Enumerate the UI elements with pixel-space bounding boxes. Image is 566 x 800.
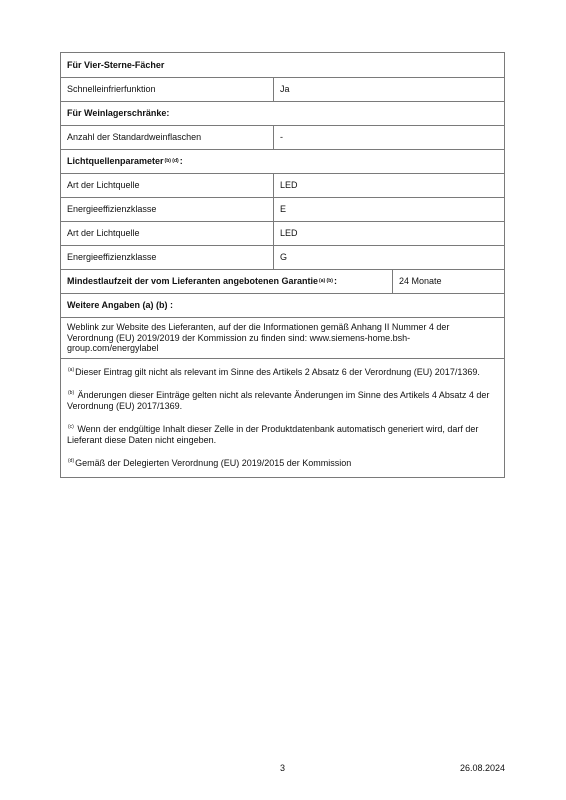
- product-data-table: Für Vier-Sterne-Fächer Schnelleinfrierfu…: [60, 52, 505, 478]
- footnote-text: Dieser Eintrag gilt nicht als relevant i…: [75, 367, 480, 377]
- warranty-label: Mindestlaufzeit der vom Lieferanten ange…: [67, 276, 318, 287]
- energy-class-value: G: [274, 246, 504, 269]
- warranty-suffix: :: [334, 276, 337, 287]
- light-header-row: Lichtquellenparameter (b) (d) :: [61, 149, 504, 173]
- footnote-mark: (c): [68, 424, 74, 430]
- table-row: Schnelleinfrierfunktion Ja: [61, 77, 504, 101]
- footnotes-row: (a)Dieser Eintrag gilt nicht als relevan…: [61, 358, 504, 477]
- footnote: (b) Änderungen dieser Einträge gelten ni…: [67, 388, 498, 411]
- warranty-row: Mindestlaufzeit der vom Lieferanten ange…: [61, 269, 504, 293]
- light-type-value: LED: [274, 222, 504, 245]
- footnote: (d)Gemäß der Delegierten Verordnung (EU)…: [67, 456, 498, 469]
- light-header: Lichtquellenparameter (b) (d) :: [61, 150, 504, 173]
- energy-class-label: Energieeffizienzklasse: [61, 198, 274, 221]
- wine-bottles-label: Anzahl der Standardweinflaschen: [61, 126, 274, 149]
- wine-bottles-value: -: [274, 126, 504, 149]
- light-type-label: Art der Lichtquelle: [61, 222, 274, 245]
- footnote-text: Wenn der endgültige Inhalt dieser Zelle …: [67, 424, 478, 445]
- light-header-suffix: :: [180, 156, 183, 167]
- light-type-value: LED: [274, 174, 504, 197]
- light-header-refs: (b) (d): [165, 156, 179, 167]
- footnote-mark: (a): [68, 367, 74, 373]
- further-header: Weitere Angaben (a) (b) :: [61, 294, 504, 317]
- energy-class-value: E: [274, 198, 504, 221]
- fast-freeze-value: Ja: [274, 78, 504, 101]
- wine-header: Für Weinlagerschränke:: [61, 102, 504, 125]
- footnote-text: Gemäß der Delegierten Verordnung (EU) 20…: [75, 458, 351, 468]
- footnote: (c) Wenn der endgültige Inhalt dieser Ze…: [67, 422, 498, 445]
- further-header-row: Weitere Angaben (a) (b) :: [61, 293, 504, 317]
- weblink-text: Weblink zur Website des Lieferanten, auf…: [61, 318, 504, 358]
- footnote-mark: (d): [68, 458, 74, 464]
- weblink-row: Weblink zur Website des Lieferanten, auf…: [61, 317, 504, 358]
- footnote: (a)Dieser Eintrag gilt nicht als relevan…: [67, 365, 498, 378]
- warranty-value: 24 Monate: [393, 270, 504, 293]
- light-header-label: Lichtquellenparameter: [67, 156, 164, 167]
- light-type-label: Art der Lichtquelle: [61, 174, 274, 197]
- footnote-text: Änderungen dieser Einträge gelten nicht …: [67, 390, 489, 411]
- wine-header-row: Für Weinlagerschränke:: [61, 101, 504, 125]
- page-number: 3: [280, 763, 285, 773]
- fast-freeze-label: Schnelleinfrierfunktion: [61, 78, 274, 101]
- table-row: Art der Lichtquelle LED: [61, 173, 504, 197]
- table-row: Energieeffizienzklasse E: [61, 197, 504, 221]
- table-row: Anzahl der Standardweinflaschen -: [61, 125, 504, 149]
- footer-date: 26.08.2024: [460, 763, 505, 773]
- table-row: Energieeffizienzklasse G: [61, 245, 504, 269]
- energy-class-label: Energieeffizienzklasse: [61, 246, 274, 269]
- four-star-header-row: Für Vier-Sterne-Fächer: [61, 53, 504, 77]
- table-row: Art der Lichtquelle LED: [61, 221, 504, 245]
- footnote-mark: (b): [68, 390, 74, 396]
- footnotes: (a)Dieser Eintrag gilt nicht als relevan…: [61, 359, 504, 477]
- four-star-header: Für Vier-Sterne-Fächer: [61, 53, 504, 77]
- warranty-label-cell: Mindestlaufzeit der vom Lieferanten ange…: [61, 270, 393, 293]
- warranty-refs: (a) (b): [319, 276, 333, 287]
